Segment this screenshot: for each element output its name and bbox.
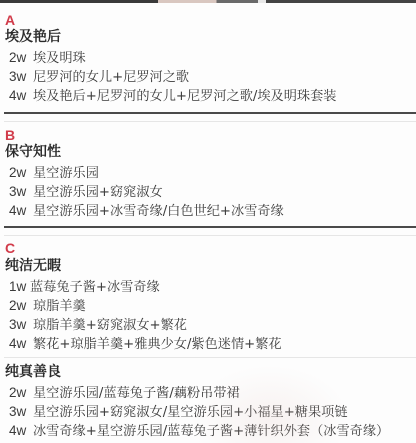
week-label: 3w bbox=[9, 69, 33, 85]
week-label: 4w bbox=[9, 88, 33, 104]
outfit-items: 星空游乐园+冰雪奇缘/白色世纪+冰雪奇缘 bbox=[33, 204, 284, 219]
week-label: 1w bbox=[9, 279, 30, 295]
list-item: 3w琼脂羊羹+窈窕淑女+繁花 bbox=[9, 317, 187, 334]
section-divider bbox=[4, 112, 416, 114]
outfit-items: 琼脂羊羹 bbox=[33, 299, 86, 314]
list-item: 3w星空游乐园+窈窕淑女 bbox=[9, 184, 163, 201]
outfit-items: 埃及明珠 bbox=[33, 51, 86, 66]
section-divider bbox=[4, 226, 416, 228]
week-label: 4w bbox=[9, 336, 33, 352]
section-letter: B bbox=[5, 128, 15, 142]
week-label: 2w bbox=[9, 50, 33, 66]
outfit-items: 冰雪奇缘+星空游乐园/蓝莓兔子酱+薄针织外套（冰雪奇缘） bbox=[33, 424, 389, 439]
outfit-items: 尼罗河的女儿+尼罗河之歌 bbox=[33, 70, 189, 85]
week-label: 2w bbox=[9, 165, 33, 181]
week-label: 2w bbox=[9, 298, 33, 314]
list-item: 4w繁花+琼脂羊羹+雅典少女/紫色迷情+繁花 bbox=[9, 336, 282, 353]
week-label: 3w bbox=[9, 404, 33, 420]
list-item: 1w蓝莓兔子酱+冰雪奇缘 bbox=[9, 279, 160, 296]
list-item: 4w冰雪奇缘+星空游乐园/蓝莓兔子酱+薄针织外套（冰雪奇缘） bbox=[9, 423, 389, 440]
list-item: 3w星空游乐园+窈窕淑女/星空游乐园+小福星+糖果项链 bbox=[9, 404, 348, 421]
list-item: 3w尼罗河的女儿+尼罗河之歌 bbox=[9, 69, 189, 86]
list-item: 2w星空游乐园/蓝莓兔子酱/藕粉吊带裙 bbox=[9, 385, 240, 402]
outfit-items: 埃及艳后+尼罗河的女儿+尼罗河之歌/埃及明珠套装 bbox=[33, 89, 336, 104]
week-label: 3w bbox=[9, 184, 33, 200]
outfit-items: 星空游乐园+窈窕淑女/星空游乐园+小福星+糖果项链 bbox=[33, 405, 348, 420]
outfit-items: 星空游乐园/蓝莓兔子酱/藕粉吊带裙 bbox=[33, 386, 240, 401]
outfit-items: 星空游乐园 bbox=[33, 166, 99, 181]
section-divider-light bbox=[4, 121, 416, 122]
week-label: 3w bbox=[9, 317, 33, 333]
section-letter: C bbox=[5, 241, 15, 255]
list-item: 2w埃及明珠 bbox=[9, 50, 86, 67]
week-label: 4w bbox=[9, 423, 33, 439]
list-item: 4w埃及艳后+尼罗河的女儿+尼罗河之歌/埃及明珠套装 bbox=[9, 88, 336, 105]
group-divider bbox=[4, 357, 416, 358]
outfit-items: 琼脂羊羹+窈窕淑女+繁花 bbox=[33, 318, 187, 333]
section-letter: A bbox=[5, 13, 15, 27]
outfit-items: 繁花+琼脂羊羹+雅典少女/紫色迷情+繁花 bbox=[33, 337, 282, 352]
group-title: 埃及艳后 bbox=[5, 29, 61, 45]
group-title: 保守知性 bbox=[5, 144, 61, 160]
section-divider-light bbox=[4, 235, 416, 236]
outfit-items: 星空游乐园+窈窕淑女 bbox=[33, 185, 163, 200]
week-label: 4w bbox=[9, 203, 33, 219]
top-image-strip bbox=[0, 0, 416, 3]
list-item: 2w星空游乐园 bbox=[9, 165, 99, 182]
week-label: 2w bbox=[9, 385, 33, 401]
list-item: 4w星空游乐园+冰雪奇缘/白色世纪+冰雪奇缘 bbox=[9, 203, 284, 220]
group-title: 纯洁无暇 bbox=[5, 258, 61, 274]
group-title: 纯真善良 bbox=[5, 364, 61, 380]
list-item: 2w琼脂羊羹 bbox=[9, 298, 86, 315]
outfit-items: 蓝莓兔子酱+冰雪奇缘 bbox=[30, 280, 160, 295]
